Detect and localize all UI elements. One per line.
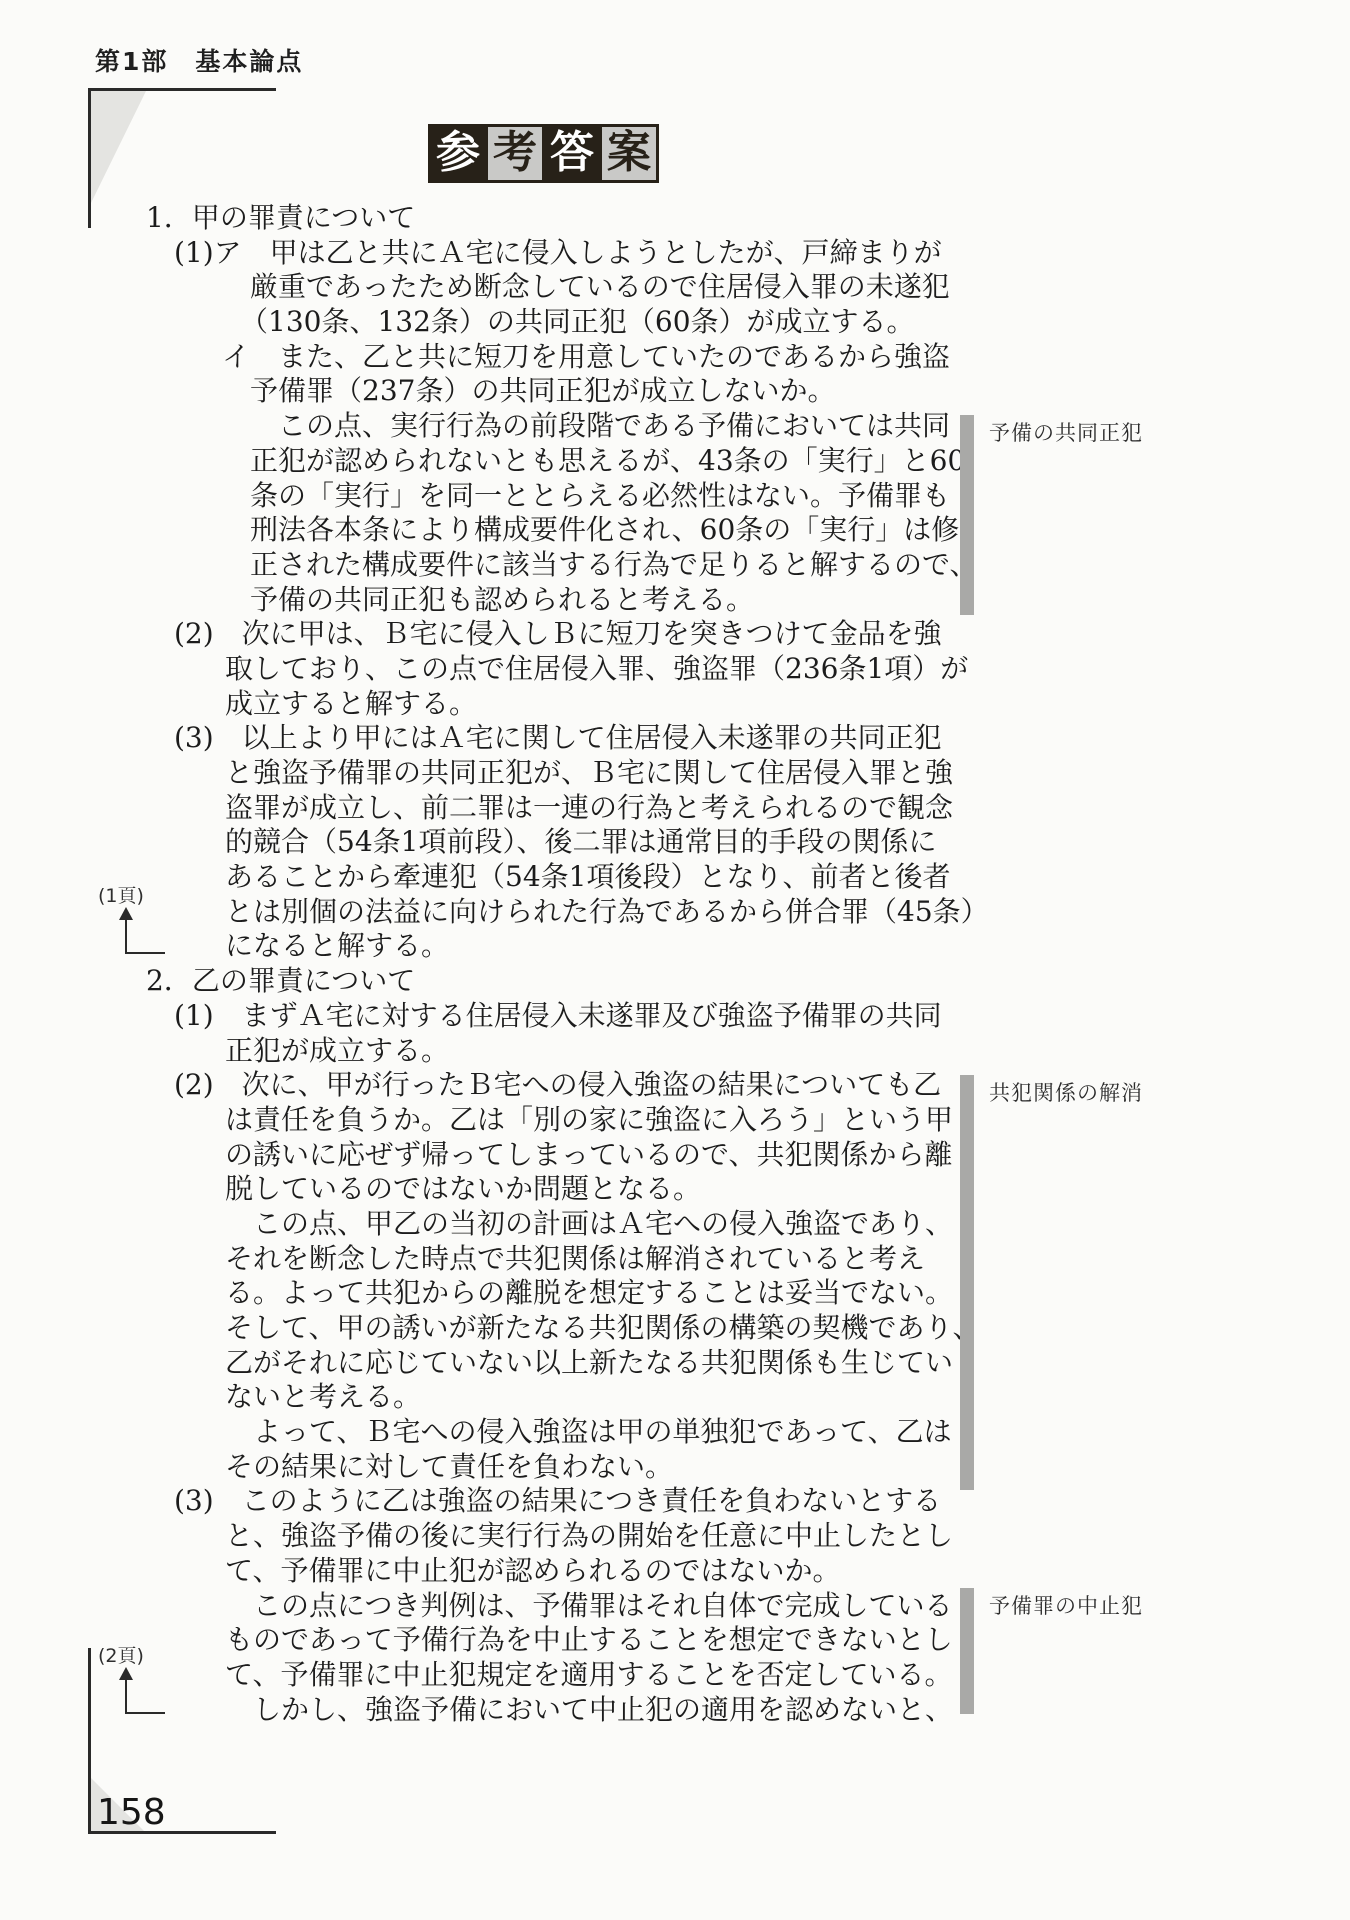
text-line: 正犯が認められないとも思えるが、43条の「実行」と60 <box>0 444 1350 479</box>
answer-body: 1．甲の罪責について (1)ア 甲は乙と共にＡ宅に侵入しようとしたが、戸締まりが… <box>0 201 1350 1727</box>
answer-title: 参 考 答 案 <box>428 124 659 183</box>
page-marker-label-1: (1頁) <box>98 881 144 908</box>
text-line: 2．乙の罪責について <box>0 964 1350 999</box>
text-line: この点、甲乙の当初の計画はＡ宅への侵入強盗であり、 <box>0 1207 1350 1242</box>
text-line: 1．甲の罪責について <box>0 201 1350 236</box>
text-line: （130条、132条）の共同正犯（60条）が成立する。 <box>0 305 1350 340</box>
footer-rule <box>88 1831 276 1834</box>
text-line: 予備罪（237条）の共同正犯が成立しないか。 <box>0 374 1350 409</box>
text-line: (2) 次に、甲が行ったＢ宅への侵入強盗の結果についても乙 <box>0 1068 1350 1103</box>
text-line: 予備の共同正犯も認められると考える。 <box>0 583 1350 618</box>
text-line: と、強盗予備の後に実行行為の開始を任意に中止したとし <box>0 1519 1350 1554</box>
text-line: 的競合（54条1項前段）、後二罪は通常目的手段の関係に <box>0 825 1350 860</box>
text-line: 正犯が成立する。 <box>0 1034 1350 1069</box>
title-char-4: 案 <box>599 124 659 183</box>
text-line: よって、Ｂ宅への侵入強盗は甲の単独犯であって、乙は <box>0 1415 1350 1450</box>
text-line: て、予備罪に中止犯が認められるのではないか。 <box>0 1554 1350 1589</box>
title-char-2: 考 <box>485 124 545 183</box>
text-line: とは別個の法益に向けられた行為であるから併合罪（45条） <box>0 895 1350 930</box>
arrow-foot <box>125 1712 165 1714</box>
text-line: (2) 次に甲は、Ｂ宅に侵入しＢに短刀を突きつけて金品を強 <box>0 617 1350 652</box>
page-marker-label-2: (2頁) <box>98 1641 144 1668</box>
text-line: 乙がそれに応じていない以上新たなる共犯関係も生じてい <box>0 1346 1350 1381</box>
top-corner-triangle <box>91 91 146 203</box>
margin-note-bar <box>960 1588 974 1714</box>
arrow-stem <box>125 1678 127 1714</box>
text-line: その結果に対して責任を負わない。 <box>0 1450 1350 1485</box>
arrow-foot <box>125 952 165 954</box>
text-line: そして、甲の誘いが新たなる共犯関係の構築の契機であり、 <box>0 1311 1350 1346</box>
text-line: ないと考える。 <box>0 1380 1350 1415</box>
text-line: しかし、強盗予備において中止犯の適用を認めないと、 <box>0 1693 1350 1728</box>
margin-note-label: 予備罪の中止犯 <box>989 1590 1143 1620</box>
text-line: になると解する。 <box>0 929 1350 964</box>
text-line: 脱しているのではないか問題となる。 <box>0 1172 1350 1207</box>
title-char-3: 答 <box>542 124 602 183</box>
text-line: 刑法各本条により構成要件化され、60条の「実行」は修 <box>0 513 1350 548</box>
text-line: 厳重であったため断念しているので住居侵入罪の未遂犯 <box>0 270 1350 305</box>
margin-note-bar <box>960 1075 974 1490</box>
text-line: (3) このように乙は強盗の結果につき責任を負わないとする <box>0 1484 1350 1519</box>
text-line: (3) 以上より甲にはＡ宅に関して住居侵入未遂罪の共同正犯 <box>0 721 1350 756</box>
text-line: 成立すると解する。 <box>0 687 1350 722</box>
text-line: 正された構成要件に該当する行為で足りると解するので、 <box>0 548 1350 583</box>
text-line: 取しており、この点で住居侵入罪、強盗罪（236条1項）が <box>0 652 1350 687</box>
margin-note-label: 共犯関係の解消 <box>989 1077 1143 1107</box>
text-line: 条の「実行」を同一ととらえる必然性はない。予備罪も <box>0 479 1350 514</box>
book-page: 第1部 基本論点 参 考 答 案 1．甲の罪責について (1)ア 甲は乙と共にＡ… <box>0 0 1350 1920</box>
text-line: あることから牽連犯（54条1項後段）となり、前者と後者 <box>0 860 1350 895</box>
text-line: は責任を負うか。乙は「別の家に強盗に入ろう」という甲 <box>0 1103 1350 1138</box>
page-number: 158 <box>97 1792 166 1833</box>
text-line: の誘いに応ぜず帰ってしまっているので、共犯関係から離 <box>0 1138 1350 1173</box>
text-line: る。よって共犯からの離脱を想定することは妥当でない。 <box>0 1276 1350 1311</box>
text-line: (1)ア 甲は乙と共にＡ宅に侵入しようとしたが、戸締まりが <box>0 236 1350 271</box>
title-char-1: 参 <box>428 124 488 183</box>
text-line: て、予備罪に中止犯規定を適用することを否定している。 <box>0 1658 1350 1693</box>
text-line: それを断念した時点で共犯関係は解消されていると考え <box>0 1242 1350 1277</box>
text-line: イ また、乙と共に短刀を用意していたのであるから強盗 <box>0 340 1350 375</box>
text-line: 盗罪が成立し、前二罪は一連の行為と考えられるので観念 <box>0 791 1350 826</box>
margin-note-bar <box>960 415 974 615</box>
text-line: この点、実行行為の前段階である予備においては共同 <box>0 409 1350 444</box>
margin-note-label: 予備の共同正犯 <box>989 417 1143 447</box>
chapter-header: 第1部 基本論点 <box>95 42 303 78</box>
text-line: (1) まずＡ宅に対する住居侵入未遂罪及び強盗予備罪の共同 <box>0 999 1350 1034</box>
text-line: この点につき判例は、予備罪はそれ自体で完成している <box>0 1589 1350 1624</box>
text-line: ものであって予備行為を中止することを想定できないとし <box>0 1623 1350 1658</box>
arrow-stem <box>125 918 127 954</box>
text-line: と強盗予備罪の共同正犯が、Ｂ宅に関して住居侵入罪と強 <box>0 756 1350 791</box>
